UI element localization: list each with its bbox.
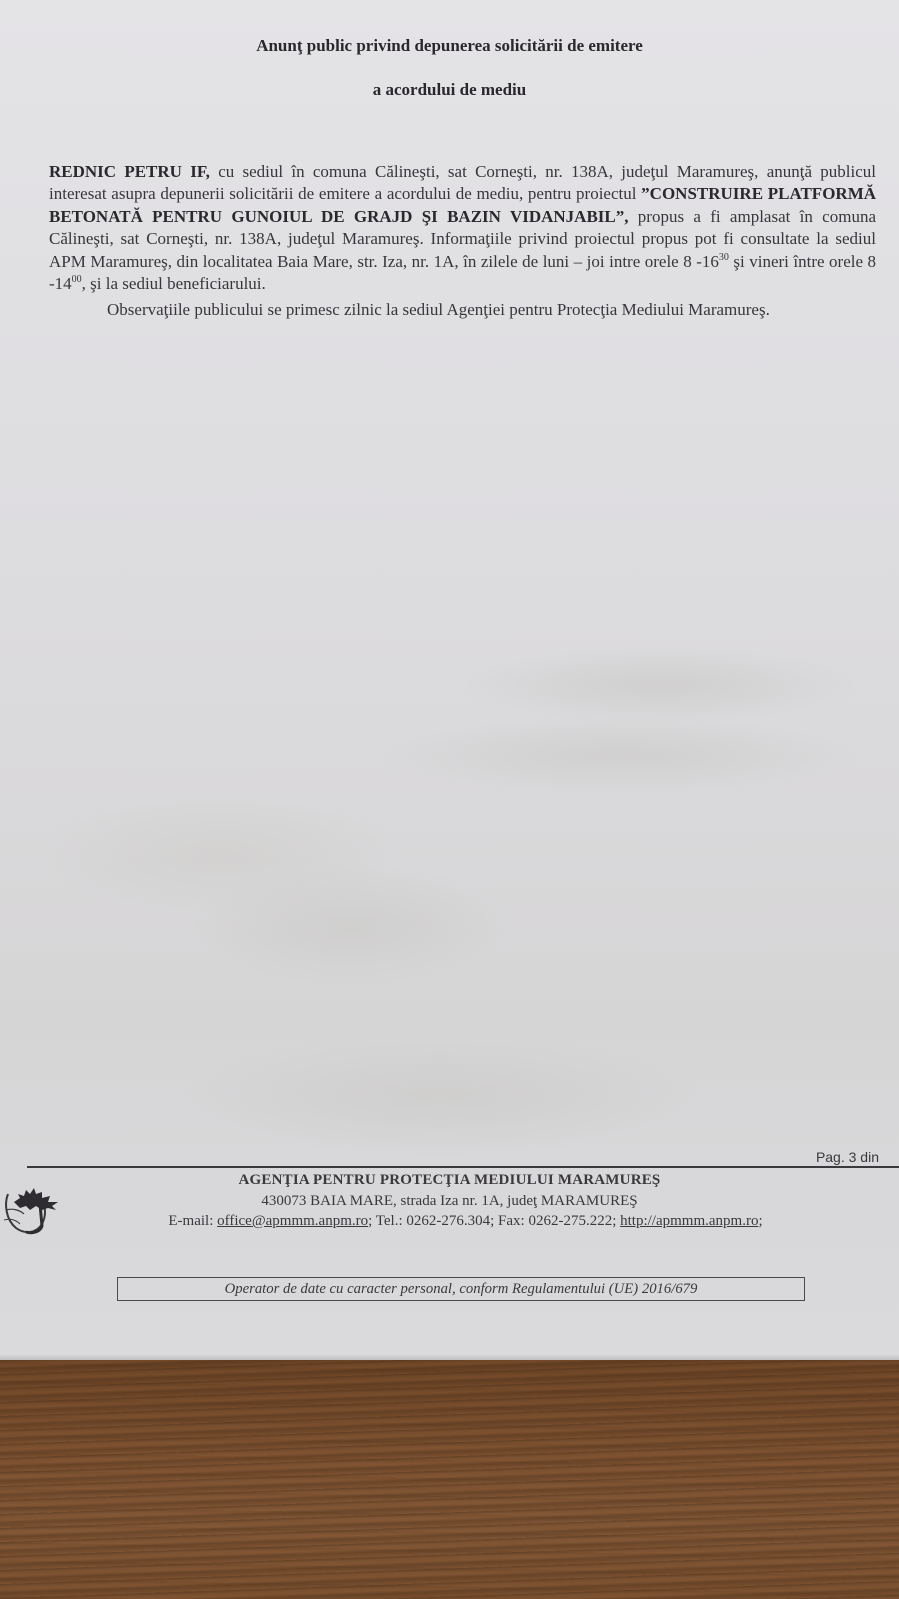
email-link[interactable]: office@apmmm.anpm.ro bbox=[217, 1213, 368, 1229]
wooden-desk-background bbox=[0, 1360, 899, 1599]
agency-address: 430073 BAIA MARE, strada Iza nr. 1A, jud… bbox=[0, 1193, 899, 1210]
footer-divider bbox=[27, 1166, 899, 1168]
hours-superscript-2: 00 bbox=[72, 274, 82, 285]
company-name: REDNIC PETRU IF, bbox=[49, 162, 210, 181]
document-body: REDNIC PETRU IF, cu sediul în comuna Căl… bbox=[49, 161, 876, 322]
website-link[interactable]: http://apmmm.anpm.ro bbox=[620, 1213, 758, 1229]
paragraph-announcement: REDNIC PETRU IF, cu sediul în comuna Căl… bbox=[49, 161, 876, 295]
website-suffix: ; bbox=[758, 1213, 762, 1229]
paragraph-observations: Observaţiile publicului se primesc zilni… bbox=[49, 299, 876, 321]
hours-superscript-1: 30 bbox=[719, 252, 729, 263]
agency-name: AGENŢIA PENTRU PROTECŢIA MEDIULUI MARAMU… bbox=[0, 1172, 899, 1189]
gdpr-notice-box: Operator de date cu caracter personal, c… bbox=[117, 1277, 805, 1301]
phone-fax: ; Tel.: 0262-276.304; Fax: 0262-275.222; bbox=[368, 1213, 620, 1229]
redacted-area bbox=[20, 625, 880, 1155]
page-number: Pag. 3 din bbox=[816, 1149, 879, 1165]
email-label: E-mail: bbox=[168, 1213, 217, 1229]
document-title-line1: Anunţ public privind depunerea solicităr… bbox=[0, 36, 899, 56]
document-title-line2: a acordului de mediu bbox=[0, 80, 899, 100]
announcement-text-d: , şi la sediul beneficiarului. bbox=[82, 274, 266, 293]
document-page: Anunţ public privind depunerea solicităr… bbox=[0, 0, 899, 1360]
agency-contact: E-mail: office@apmmm.anpm.ro; Tel.: 0262… bbox=[32, 1213, 899, 1230]
